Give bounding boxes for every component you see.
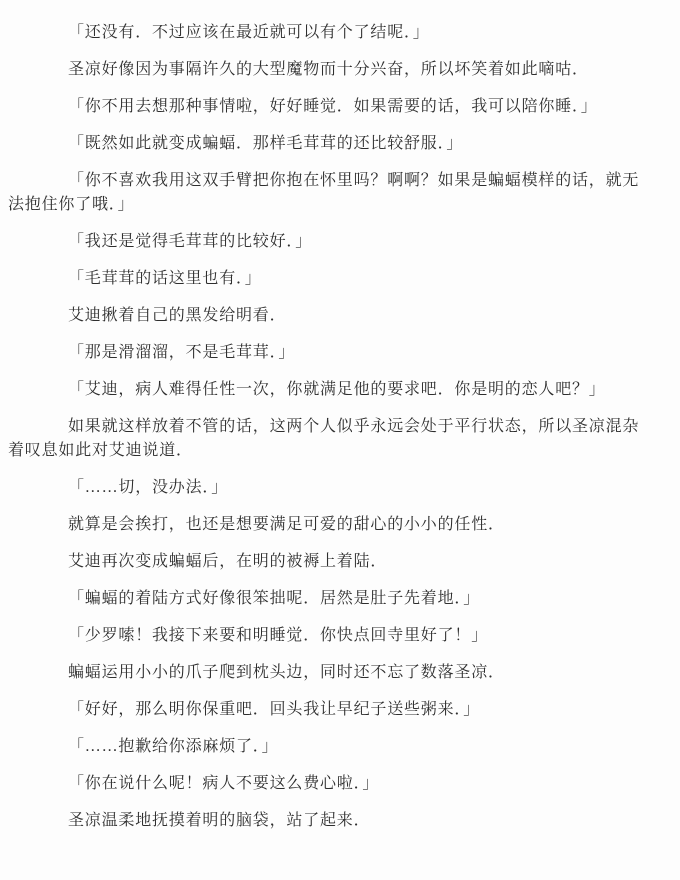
paragraph: 圣凉好像因为事隔许久的大型魔物而十分兴奋，所以坏笑着如此嘀咕． (8, 58, 640, 82)
paragraph: 就算是会挨打，也还是想要满足可爱的甜心的小小的任性． (8, 513, 640, 537)
paragraph: 「毛茸茸的话这里也有．」 (8, 267, 640, 291)
paragraph: 「少罗嗦！我接下来要和明睡觉．你快点回寺里好了！」 (8, 624, 640, 648)
paragraph: 「好好，那么明你保重吧．回头我让早纪子送些粥来．」 (8, 698, 640, 722)
paragraph: 「我还是觉得毛茸茸的比较好．」 (8, 230, 640, 254)
paragraph: 艾迪再次变成蝙蝠后，在明的被褥上着陆． (8, 550, 640, 574)
paragraph: 「……抱歉给你添麻烦了．」 (8, 735, 640, 759)
paragraph: 如果就这样放着不管的话，这两个人似乎永远会处于平行状态，所以圣凉混杂着叹息如此对… (8, 415, 640, 463)
paragraph: 「既然如此就变成蝙蝠．那样毛茸茸的还比较舒服．」 (8, 132, 640, 156)
paragraph: 「……切，没办法．」 (8, 476, 640, 500)
paragraph: 「你不用去想那种事情啦，好好睡觉．如果需要的话，我可以陪你睡．」 (8, 95, 640, 119)
paragraph: 艾迪揪着自己的黑发给明看． (8, 304, 640, 328)
paragraph: 圣凉温柔地抚摸着明的脑袋，站了起来． (8, 809, 640, 833)
document-page: 「还没有．不过应该在最近就可以有个了结呢．」圣凉好像因为事隔许久的大型魔物而十分… (0, 0, 680, 880)
paragraph: 「你不喜欢我用这双手臂把你抱在怀里吗？啊啊？如果是蝙蝠模样的话，就无法抱住你了哦… (8, 169, 640, 217)
paragraph: 「你在说什么呢！病人不要这么费心啦．」 (8, 772, 640, 796)
paragraph: 「还没有．不过应该在最近就可以有个了结呢．」 (8, 21, 640, 45)
paragraph: 「艾迪，病人难得任性一次，你就满足他的要求吧．你是明的恋人吧？」 (8, 378, 640, 402)
paragraph: 蝙蝠运用小小的爪子爬到枕头边，同时还不忘了数落圣凉． (8, 661, 640, 685)
paragraph: 「那是滑溜溜，不是毛茸茸．」 (8, 341, 640, 365)
paragraph: 「蝙蝠的着陆方式好像很笨拙呢．居然是肚子先着地．」 (8, 587, 640, 611)
paragraph-list: 「还没有．不过应该在最近就可以有个了结呢．」圣凉好像因为事隔许久的大型魔物而十分… (8, 21, 640, 833)
